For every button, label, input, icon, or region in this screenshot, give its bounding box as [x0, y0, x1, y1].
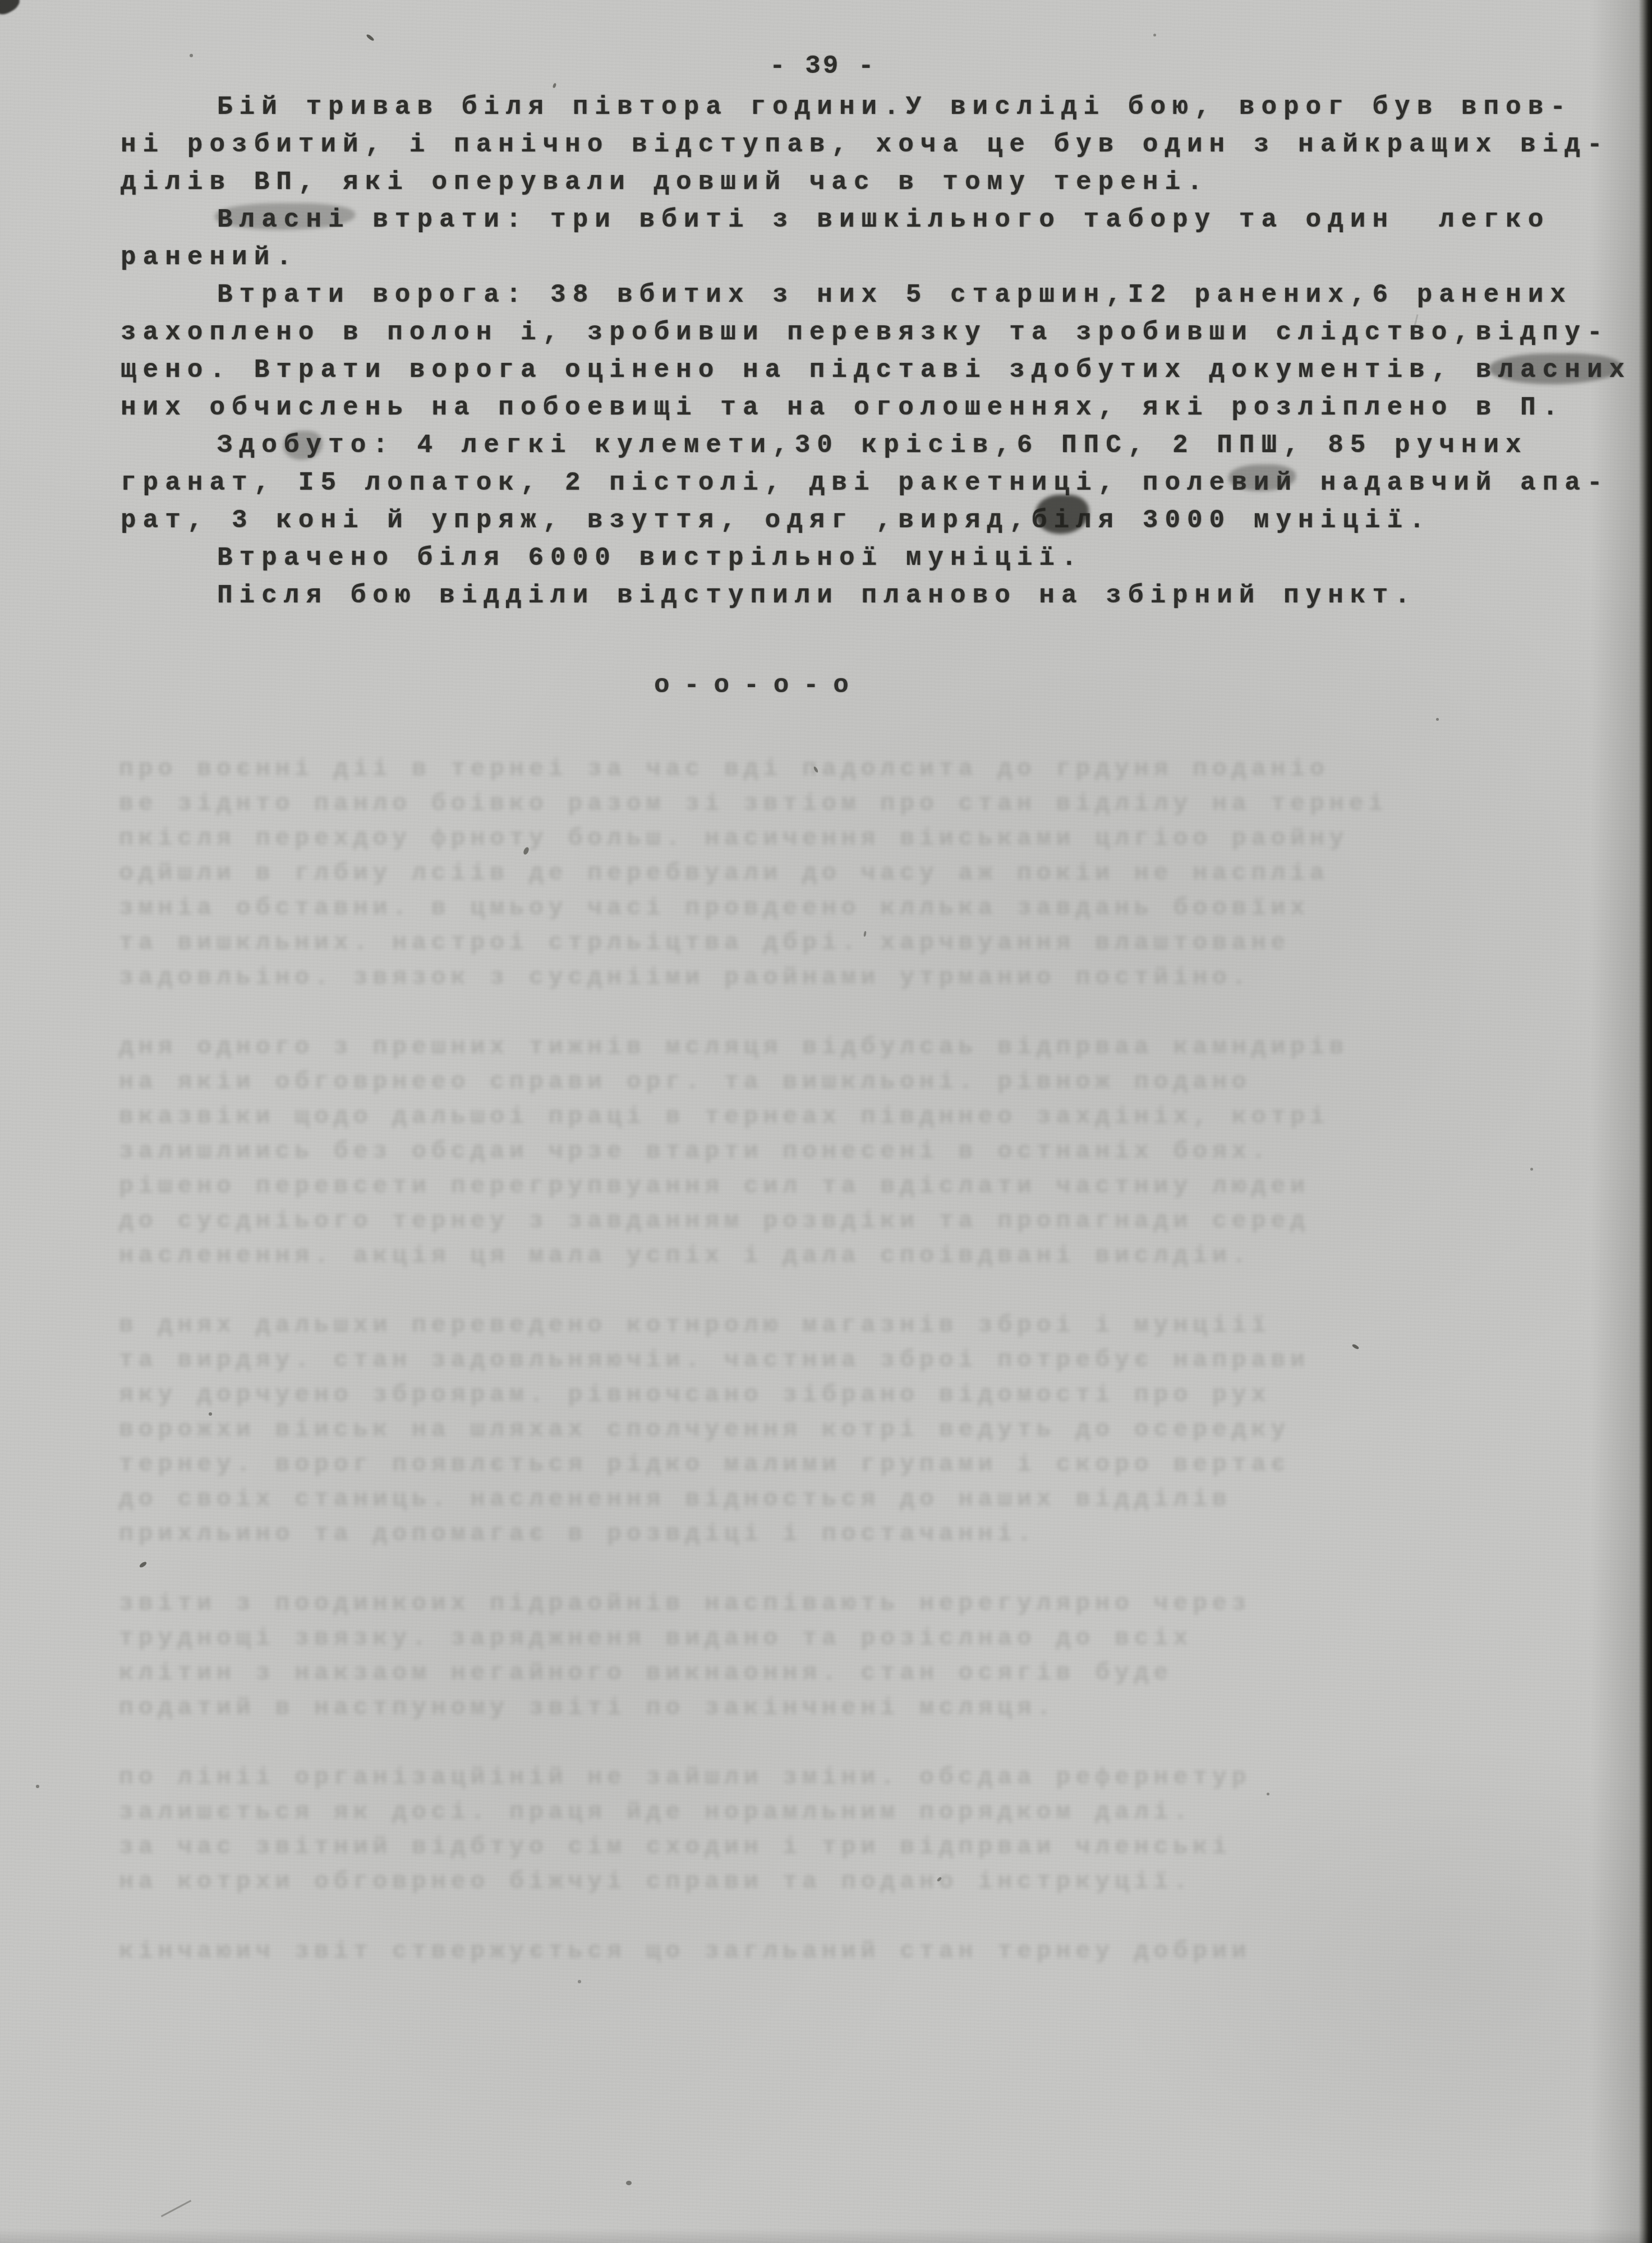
text-line: ділів ВП, які оперували довший час в том… [121, 164, 1646, 201]
bleedthrough-line: залишлиись без обсдаи чрзе втарти понесе… [119, 1134, 1622, 1169]
bleedthrough-line: вказвіки щодо дальшоі праці в тернеах пі… [119, 1099, 1622, 1134]
bleedthrough-line: на котрхи обговрнео біжчуі справи та под… [119, 1864, 1622, 1899]
text-line: щено. Втрати ворога оцінено на підставі … [121, 352, 1646, 389]
speck [626, 2181, 632, 2185]
bleedthrough-line: прихльино та допомагає в розвдіці і пост… [119, 1517, 1622, 1551]
text-line: Втрачено біля 6000 вистрільної муніції. [121, 540, 1646, 577]
bleedthrough-line: та вирдяу. стан задовльняючіи. частниа з… [119, 1343, 1622, 1378]
bleedthrough-line: яку дорчуено зброярам. рівночсано зібран… [119, 1378, 1622, 1412]
bleedthrough-text: про воєнні діі в тернеі за час вдi падол… [119, 752, 1622, 2003]
bleedthrough-line: та вишкльних. настроі стрльіцтва дбрі. х… [119, 925, 1622, 960]
bleedthrough-line: пкісля перехдоу фрноту больш. насичення … [119, 821, 1622, 856]
scan-edge-bottom [0, 2228, 1652, 2243]
speck [366, 34, 375, 42]
text-line: Втрати ворога: 38 вбитих з них 5 старшин… [121, 277, 1646, 314]
bleedthrough-line [119, 1899, 1622, 1934]
bleedthrough-line [119, 995, 1622, 1030]
text-line: ранений. [121, 239, 1646, 277]
bleedthrough-line: клітин з накзаом негайного викнаоння. ст… [119, 1656, 1622, 1691]
speck [1267, 1793, 1269, 1795]
text-line: ні розбитий, і панічно відступав, хоча ц… [121, 126, 1646, 164]
page-number: - 39 - [770, 52, 876, 81]
text-line: них обчислень на побоевищі та на оголоше… [121, 389, 1646, 427]
bleedthrough-line: тернеу. ворог появлється рідко малими гр… [119, 1447, 1622, 1482]
scan-edge-strip [1639, 0, 1652, 2243]
bleedthrough-line: задовльіно. звязок з сусднііми раойнами … [119, 960, 1622, 995]
bleedthrough-line: труднощі звязку. заряджненя видано та ро… [119, 1621, 1622, 1656]
text-line: Здобуто: 4 легкі кулемети,30 крісів,6 ПП… [121, 427, 1646, 464]
bleedthrough-line: насленення. акція ця мала успіх і дала с… [119, 1238, 1622, 1273]
bleedthrough-line [119, 1725, 1622, 1760]
bleedthrough-line [119, 1969, 1622, 2003]
text-line: захоплено в полон і, зробивши перевязку … [121, 314, 1646, 352]
speck [36, 1785, 39, 1788]
speck [578, 1980, 581, 1983]
bleedthrough-line: про воєнні діі в тернеі за час вдi падол… [119, 752, 1622, 786]
speck [553, 82, 557, 88]
body-text: Бій тривав біля півтора години.У висліді… [121, 89, 1646, 615]
text-line: Бій тривав біля півтора години.У висліді… [121, 89, 1646, 126]
speck [1436, 718, 1439, 721]
speck [1530, 1168, 1533, 1171]
bleedthrough-line: рішено перевсети перегрупвуання сил та в… [119, 1169, 1622, 1204]
speck [1153, 34, 1156, 36]
bleedthrough-line: одйшли в глбиу лсіів де перебвуали до ча… [119, 856, 1622, 891]
speck [190, 54, 193, 57]
bleedthrough-line: за час звітний відбтуо сім сходин і три … [119, 1830, 1622, 1864]
bleedthrough-line: ве зіднто панло боівко разом зі звтіом п… [119, 786, 1622, 821]
text-line: Після бою відділи відступили планово на … [121, 577, 1646, 615]
bleedthrough-line: звіти з поодинкоих підраойнів наспівають… [119, 1586, 1622, 1621]
bleedthrough-line: по лініі організацйіній не зайшли зміни.… [119, 1760, 1622, 1795]
text-line: гранат, І5 лопаток, 2 пістолі, дві ракет… [121, 464, 1646, 502]
bleedthrough-line: ворожхи віиськ на шляхах сполчуення котр… [119, 1412, 1622, 1447]
bleedthrough-line: податий в настпуному звіті по закінчнені… [119, 1691, 1622, 1725]
text-line: рат, 3 коні й упряж, взуття, одяг ,виряд… [121, 502, 1646, 540]
bleedthrough-line: дня одного з прешних тижнів мсляця відбу… [119, 1030, 1622, 1065]
bleedthrough-line: залишється як досі. праця йде норамльним… [119, 1795, 1622, 1830]
bleedthrough-line: до сусдніього тернеу з завданням розвдік… [119, 1204, 1622, 1238]
bleedthrough-line [119, 1273, 1622, 1308]
document-page: - 39 - Бій тривав біля півтора години.У … [0, 0, 1652, 2243]
bleedthrough-line: змніа обставни. в цмьоу часі провдеено к… [119, 891, 1622, 925]
bleedthrough-line: в днях дальшхи переведено котнролю магаз… [119, 1308, 1622, 1343]
bleedthrough-line [119, 1551, 1622, 1586]
bleedthrough-line: на якіи обговрнеео справи орг. та вишкль… [119, 1065, 1622, 1099]
scratch-mark [161, 2200, 191, 2217]
speck [209, 1412, 212, 1416]
bleedthrough-line: кінчаюич звіт ствержується що загльаний … [119, 1934, 1622, 1969]
bleedthrough-line: до своіх станиць. насленення відносться … [119, 1482, 1622, 1517]
corner-stain [0, 0, 22, 17]
section-separator: о - о - о - о [654, 671, 848, 700]
